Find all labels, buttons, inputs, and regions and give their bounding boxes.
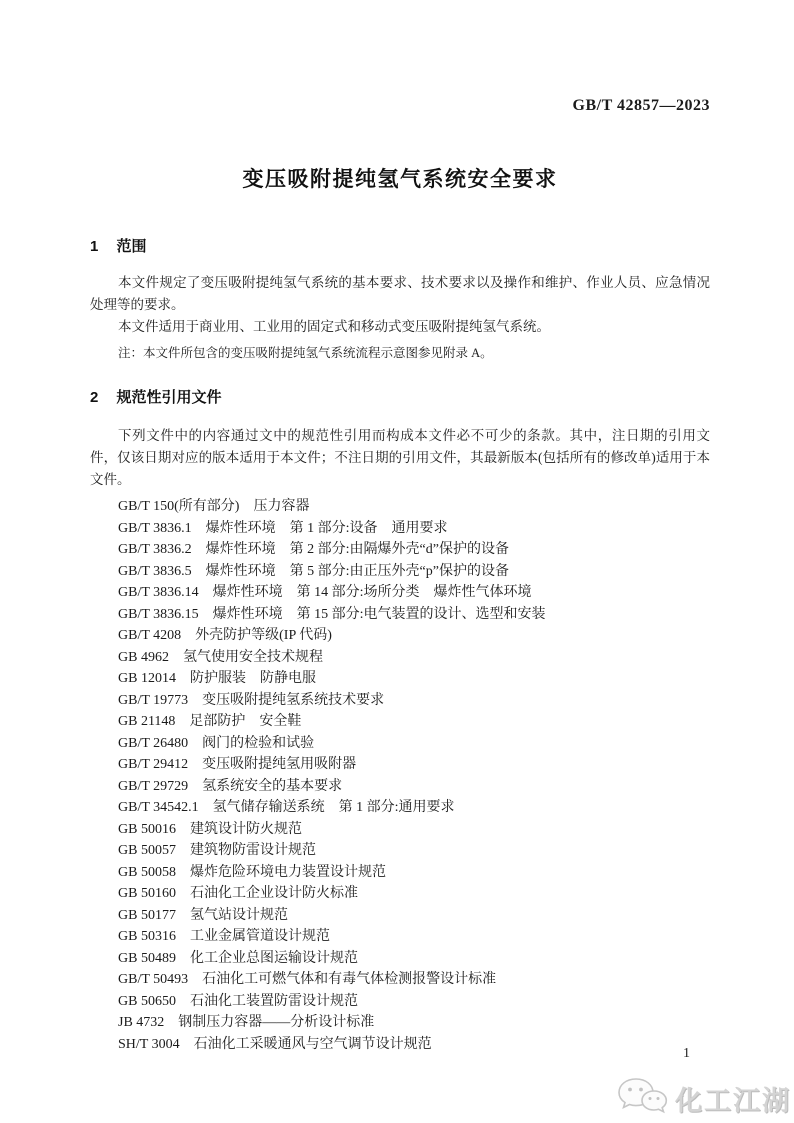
document-page: GB/T 42857—2023 变压吸附提纯氢气系统安全要求 1 范围 本文件规… bbox=[0, 0, 794, 1123]
scope-paragraph-1: 本文件规定了变压吸附提纯氢气系统的基本要求、技术要求以及操作和维护、作业人员、应… bbox=[90, 272, 710, 316]
section-2-heading: 2 规范性引用文件 bbox=[90, 387, 710, 408]
reference-item: GB 50489 化工企业总图运输设计规范 bbox=[118, 948, 710, 970]
reference-item: GB 4962 氢气使用安全技术规程 bbox=[118, 647, 710, 669]
reference-item: GB/T 29729 氢系统安全的基本要求 bbox=[118, 776, 710, 798]
section-1-heading: 1 范围 bbox=[90, 236, 710, 257]
reference-item: GB/T 29412 变压吸附提纯氢用吸附器 bbox=[118, 754, 710, 776]
reference-item: SH/T 3004 石油化工采暖通风与空气调节设计规范 bbox=[118, 1034, 710, 1056]
section-2-title: 规范性引用文件 bbox=[117, 387, 222, 408]
scope-paragraph-2: 本文件适用于商业用、工业用的固定式和移动式变压吸附提纯氢气系统。 bbox=[90, 316, 710, 338]
reference-item: GB/T 50493 石油化工可燃气体和有毒气体检测报警设计标准 bbox=[118, 969, 710, 991]
reference-item: JB 4732 钢制压力容器——分析设计标准 bbox=[118, 1012, 710, 1034]
reference-item: GB 50160 石油化工企业设计防火标准 bbox=[118, 883, 710, 905]
reference-item: GB/T 4208 外壳防护等级(IP 代码) bbox=[118, 625, 710, 647]
reference-item: GB 21148 足部防护 安全鞋 bbox=[118, 711, 710, 733]
reference-item: GB 50057 建筑物防雷设计规范 bbox=[118, 840, 710, 862]
chat-bubbles-icon bbox=[615, 1076, 669, 1121]
document-title: 变压吸附提纯氢气系统安全要求 bbox=[90, 165, 710, 195]
reference-item: GB/T 3836.5 爆炸性环境 第 5 部分:由正压外壳“p”保护的设备 bbox=[118, 561, 710, 583]
reference-item: GB/T 3836.15 爆炸性环境 第 15 部分:电气装置的设计、选型和安装 bbox=[118, 604, 710, 626]
reference-item: GB/T 34542.1 氢气储存输送系统 第 1 部分:通用要求 bbox=[118, 797, 710, 819]
reference-item: GB 50177 氢气站设计规范 bbox=[118, 905, 710, 927]
reference-item: GB 50058 爆炸危险环境电力装置设计规范 bbox=[118, 862, 710, 884]
section-1-number: 1 bbox=[90, 236, 98, 257]
reference-item: GB/T 3836.2 爆炸性环境 第 2 部分:由隔爆外壳“d”保护的设备 bbox=[118, 539, 710, 561]
watermark: 化工江湖 bbox=[615, 1076, 791, 1121]
standard-code: GB/T 42857—2023 bbox=[90, 97, 710, 115]
reference-item: GB/T 150(所有部分) 压力容器 bbox=[118, 496, 710, 518]
watermark-text: 化工江湖 bbox=[675, 1079, 791, 1118]
reference-item: GB/T 26480 阀门的检验和试验 bbox=[118, 733, 710, 755]
reference-item: GB/T 3836.14 爆炸性环境 第 14 部分:场所分类 爆炸性气体环境 bbox=[118, 582, 710, 604]
page-content: GB/T 42857—2023 变压吸附提纯氢气系统安全要求 1 范围 本文件规… bbox=[90, 0, 710, 1055]
page-number: 1 bbox=[683, 1046, 690, 1062]
reference-item: GB 50016 建筑设计防火规范 bbox=[118, 819, 710, 841]
reference-item: GB 50316 工业金属管道设计规范 bbox=[118, 926, 710, 948]
section-2-number: 2 bbox=[90, 387, 98, 408]
reference-item: GB 12014 防护服装 防静电服 bbox=[118, 668, 710, 690]
reference-item: GB 50650 石油化工装置防雷设计规范 bbox=[118, 991, 710, 1013]
scope-note: 注：本文件所包含的变压吸附提纯氢气系统流程示意图参见附录 A。 bbox=[90, 344, 710, 362]
reference-item: GB/T 3836.1 爆炸性环境 第 1 部分:设备 通用要求 bbox=[118, 518, 710, 540]
section-1-title: 范围 bbox=[117, 236, 147, 257]
references-intro: 下列文件中的内容通过文中的规范性引用而构成本文件必不可少的条款。其中，注日期的引… bbox=[90, 425, 710, 491]
references-list: GB/T 150(所有部分) 压力容器GB/T 3836.1 爆炸性环境 第 1… bbox=[90, 496, 710, 1055]
reference-item: GB/T 19773 变压吸附提纯氢系统技术要求 bbox=[118, 690, 710, 712]
